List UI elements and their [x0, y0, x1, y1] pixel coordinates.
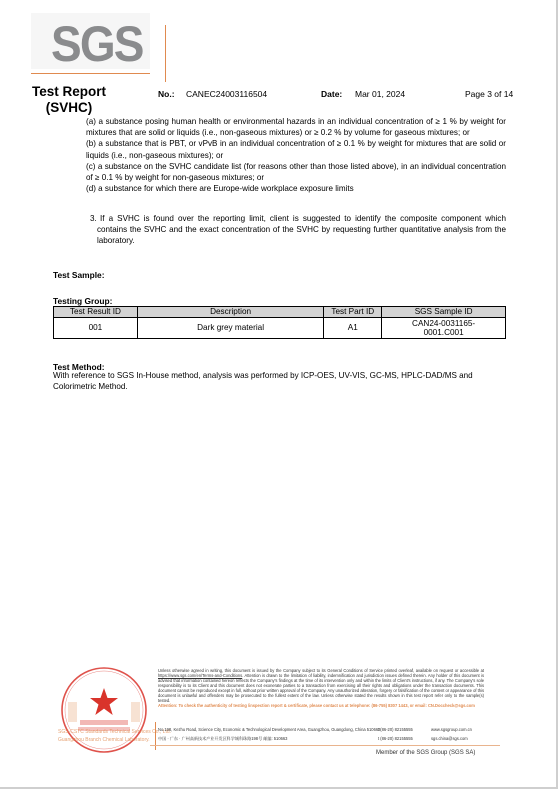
- test-method-text: With reference to SGS In-House method, a…: [53, 371, 513, 392]
- stamp-caption-2: Guangzhou Branch Chemical Laboratory.: [58, 737, 150, 743]
- testing-group-label: Testing Group:: [53, 296, 112, 306]
- criteria-a: (a) a substance posing human health or e…: [86, 116, 506, 138]
- col-header-test-result-id: Test Result ID: [54, 307, 138, 318]
- testing-group-table: Test Result ID Description Test Part ID …: [53, 306, 506, 339]
- table-header-row: Test Result ID Description Test Part ID …: [54, 307, 506, 318]
- note-3-body: If a SVHC is found over the reporting li…: [97, 214, 506, 245]
- table-row: 001 Dark grey material A1 CAN24-0031165-…: [54, 318, 506, 339]
- legal-disclaimer: Unless otherwise agreed in writing, this…: [158, 668, 484, 708]
- title-line-2: (SVHC): [29, 100, 109, 116]
- address-chinese: 中国 · 广东 · 广州高新技术产业开发区科学城科珠路198号 邮编: 5106…: [158, 736, 287, 742]
- report-no-label: No.:: [158, 89, 175, 99]
- page-number: Page 3 of 14: [465, 89, 513, 99]
- email-link[interactable]: sgs.china@sgs.com: [431, 736, 468, 741]
- footer-horizontal-line: [150, 745, 500, 746]
- report-no-value: CANEC24003116504: [186, 89, 267, 99]
- sample-id-line-1: CAN24-0031165-: [382, 319, 505, 329]
- criteria-c: (c) a substance on the SVHC candidate li…: [86, 161, 506, 183]
- col-header-sgs-sample-id: SGS Sample ID: [382, 307, 506, 318]
- sample-id-line-2: 0001.C001: [382, 328, 505, 338]
- criteria-b: (b) a substance that is PBT, or vPvB in …: [86, 138, 506, 160]
- logo-text: SGS: [51, 19, 143, 69]
- authenticity-notice: Attention: To check the authenticity of …: [158, 703, 484, 708]
- note-3-number: 3.: [90, 213, 97, 224]
- disclaimer-text-2: . Attention is drawn to the limitation o…: [158, 673, 484, 703]
- date-value: Mar 01, 2024: [355, 89, 405, 99]
- phone-2: t (86-20) 82155555: [378, 736, 413, 741]
- phone-1: t (86-20) 82155555: [378, 727, 413, 732]
- report-page: SGS Test Report (SVHC) No.: CANEC2400311…: [0, 0, 558, 789]
- criteria-d: (d) a substance for which there are Euro…: [86, 183, 506, 194]
- cell-description: Dark grey material: [137, 318, 324, 339]
- cell-result-id: 001: [54, 318, 138, 339]
- report-title: Test Report (SVHC): [29, 84, 109, 116]
- col-header-description: Description: [137, 307, 324, 318]
- logo-vertical-line: [165, 25, 166, 82]
- note-3: 3. If a SVHC is found over the reporting…: [90, 213, 506, 247]
- note-3-text: If a SVHC is found over the reporting li…: [90, 213, 506, 247]
- sgs-logo: SGS: [31, 13, 151, 70]
- member-statement: Member of the SGS Group (SGS SA): [376, 750, 475, 756]
- logo-horizontal-line: [31, 73, 150, 74]
- cell-sample-id: CAN24-0031165- 0001.C001: [382, 318, 506, 339]
- address-english: No.198, Kezhu Road, Science City, Econom…: [158, 727, 380, 732]
- title-line-1: Test Report: [32, 84, 106, 99]
- cell-part-id: A1: [324, 318, 382, 339]
- svhc-criteria-list: (a) a substance posing human health or e…: [86, 116, 506, 194]
- website-link[interactable]: www.sgsgroup.com.cn: [431, 727, 472, 732]
- col-header-test-part-id: Test Part ID: [324, 307, 382, 318]
- test-sample-label: Test Sample:: [53, 270, 105, 280]
- date-label: Date:: [321, 89, 342, 99]
